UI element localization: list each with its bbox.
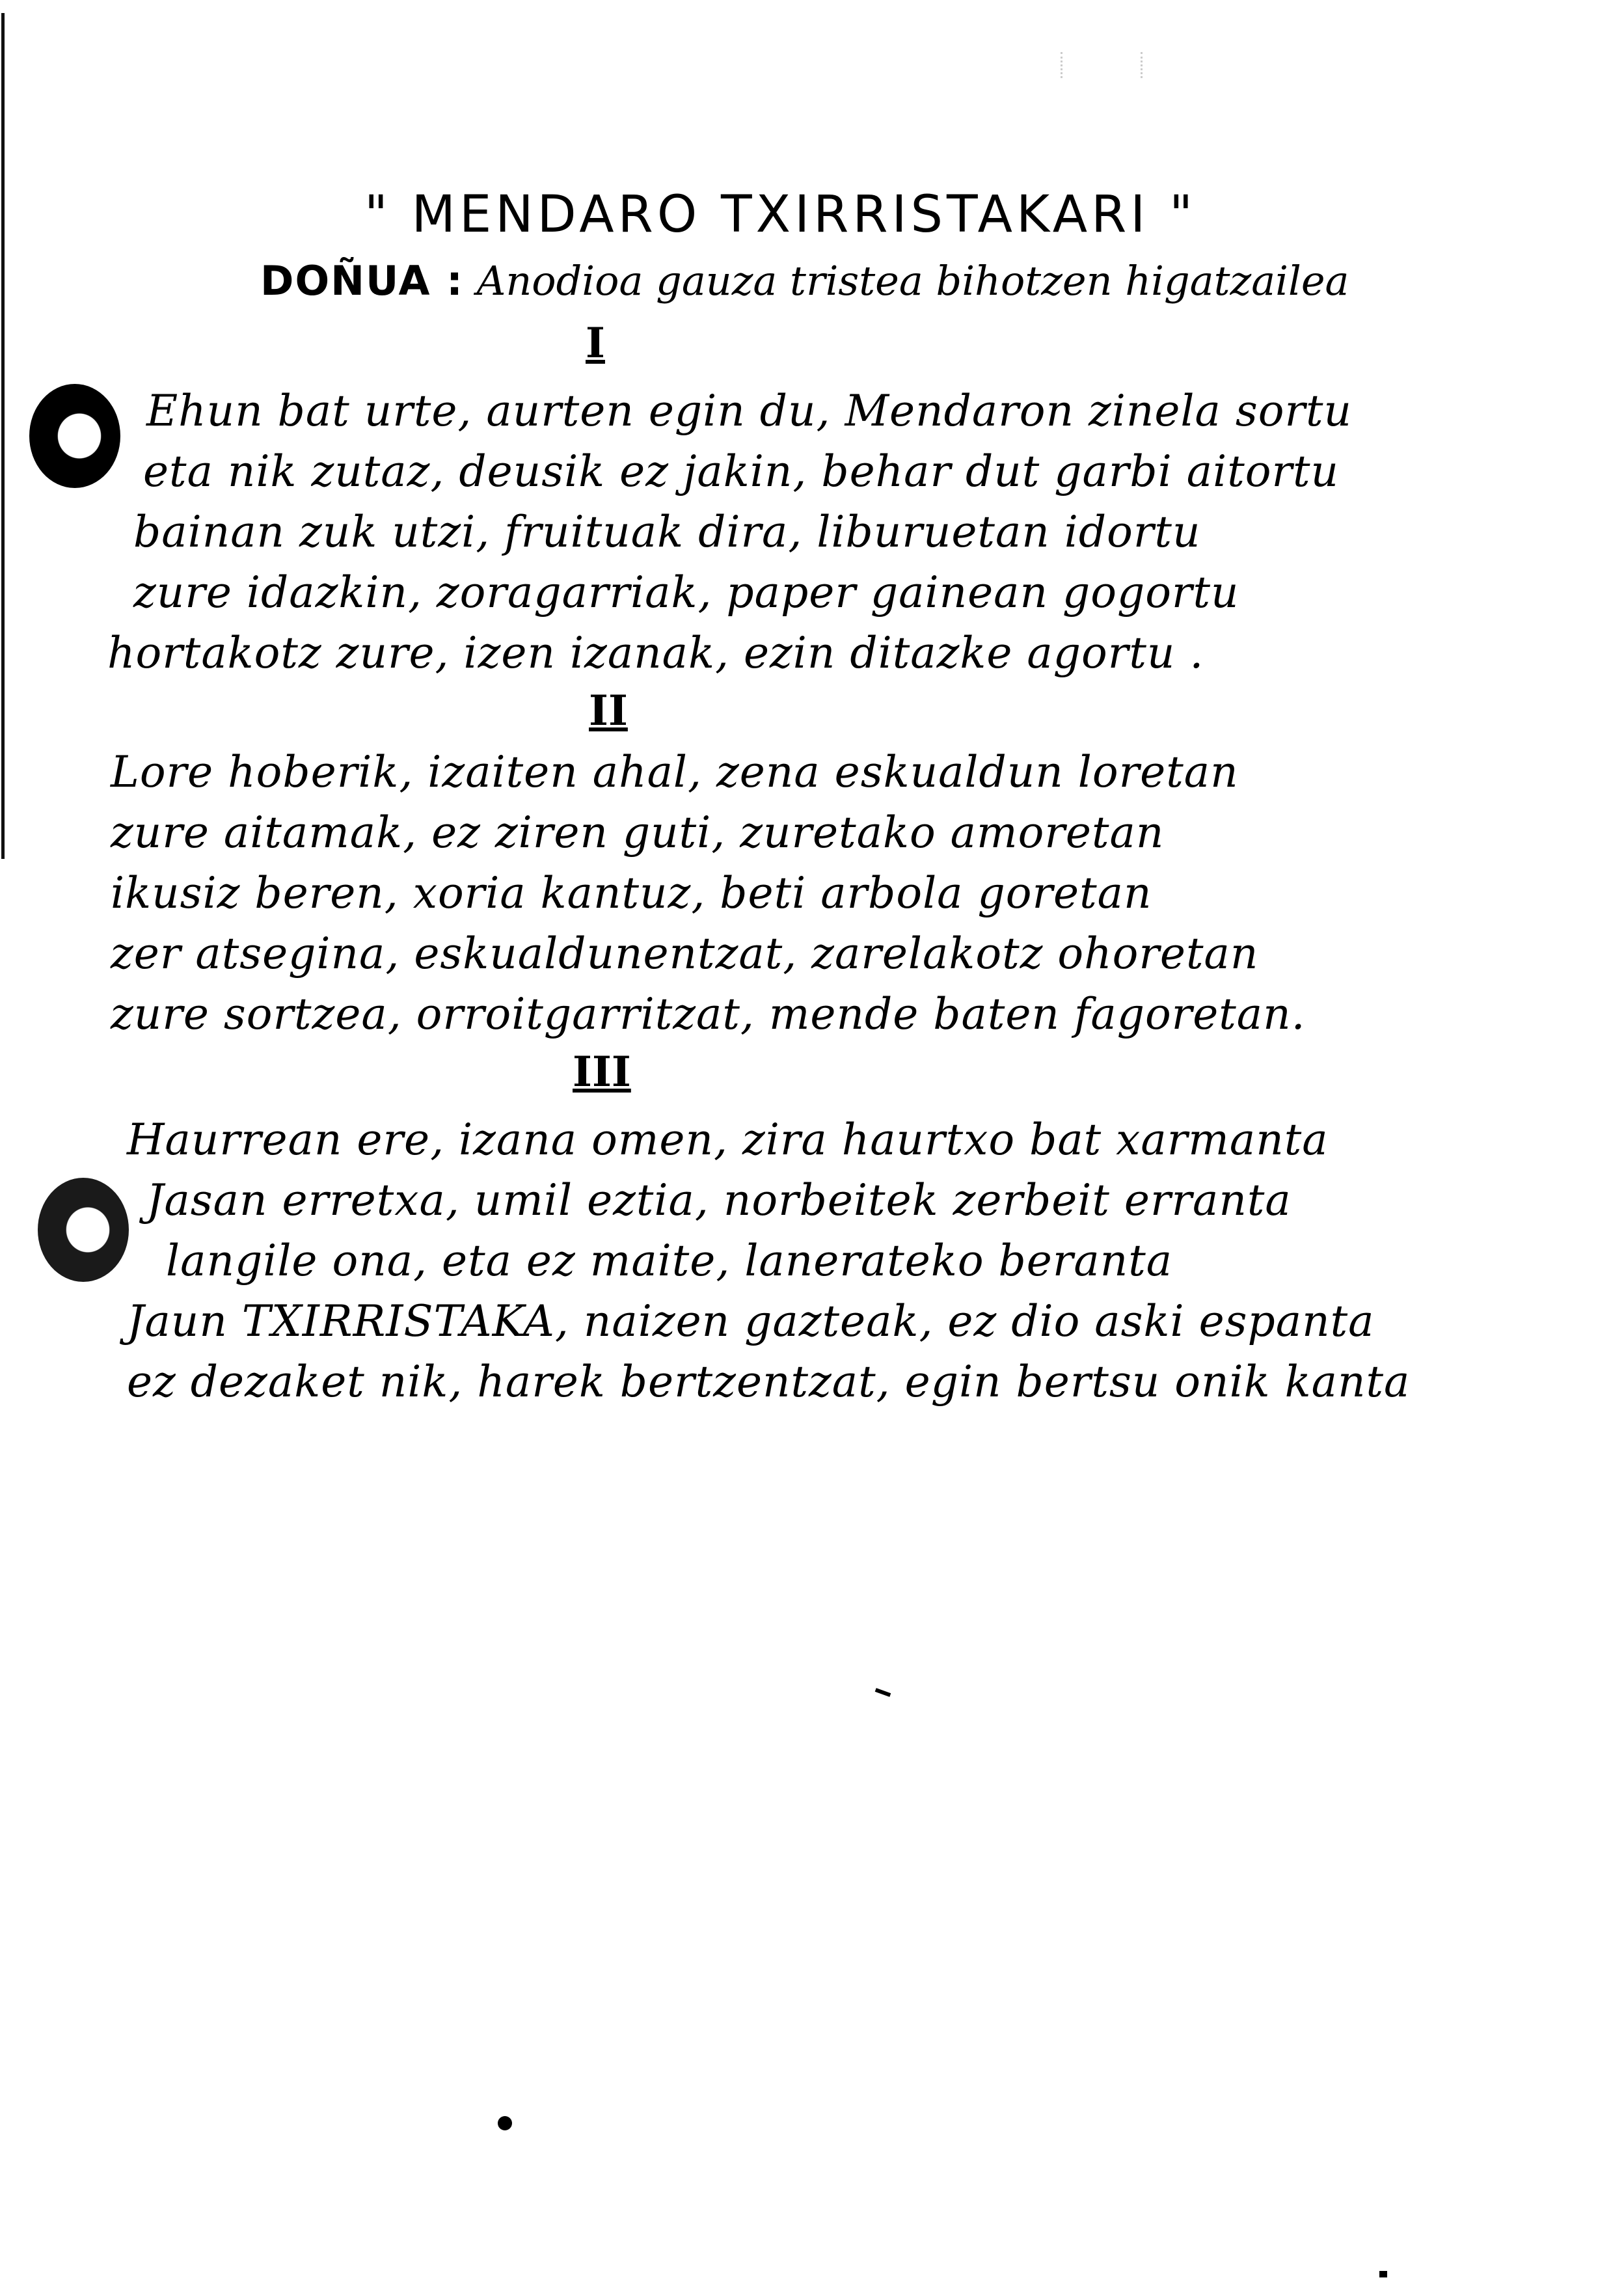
verse-line: langile ona, eta ez maite, lanerateko be… (166, 1230, 1591, 1291)
verse-line: ez dezaket nik, harek bertzentzat, egin … (127, 1352, 1591, 1412)
stanza-3: Haurrean ere, izana omen, zira haurtxo b… (127, 1109, 1591, 1412)
tune-line: DOÑUA : Anodioa gauza tristea bihotzen h… (260, 257, 1366, 305)
verse-line: Ehun bat urte, aurten egin du, Mendaron … (146, 381, 1610, 441)
verse-line: zure idazkin, zoragarriak, paper gainean… (133, 562, 1610, 623)
verse-line: ikusiz beren, xoria kantuz, beti arbola … (111, 863, 1575, 923)
verse-line: hortakotz zure, izen izanak, ezin ditazk… (107, 623, 1610, 683)
punch-hole-icon (38, 1178, 129, 1282)
stanza-numeral: II (589, 686, 628, 735)
verse-line: bainan zuk utzi, fruituak dira, liburuet… (133, 502, 1610, 562)
punch-hole-icon (29, 384, 120, 488)
verse-line: eta nik zutaz, deusik ez jakin, behar du… (143, 441, 1610, 502)
verse-line: zer atsegina, eskualdunentzat, zarelakot… (111, 923, 1575, 984)
verse-line: Lore hoberik, izaiten ahal, zena eskuald… (111, 742, 1575, 802)
scan-corner-mark (1379, 2271, 1387, 2277)
stanza-2: Lore hoberik, izaiten ahal, zena eskuald… (111, 742, 1575, 1044)
stanza-numeral: I (586, 319, 605, 368)
tune-label: DOÑUA : (260, 257, 464, 305)
verse-line: Jaun TXIRRISTAKA, naizen gazteak, ez dio… (127, 1291, 1591, 1352)
scan-border-line (1, 13, 5, 859)
scan-dot (498, 2116, 512, 2130)
stanza-numeral: III (573, 1048, 631, 1096)
scan-speck (875, 1688, 891, 1697)
verse-line: Jasan erretxa, umil eztia, norbeitek zer… (146, 1170, 1591, 1230)
faded-archive-stamp (1061, 52, 1143, 78)
song-title: " MENDARO TXIRRISTAKARI " (364, 185, 1210, 244)
verse-line: zure sortzea, orroitgarritzat, mende bat… (111, 984, 1575, 1044)
verse-line: Haurrean ere, izana omen, zira haurtxo b… (127, 1109, 1591, 1170)
verse-line: zure aitamak, ez ziren guti, zuretako am… (111, 802, 1575, 863)
tune-name: Anodioa gauza tristea bihotzen higatzail… (477, 257, 1349, 305)
stanza-1: Ehun bat urte, aurten egin du, Mendaron … (146, 381, 1610, 683)
